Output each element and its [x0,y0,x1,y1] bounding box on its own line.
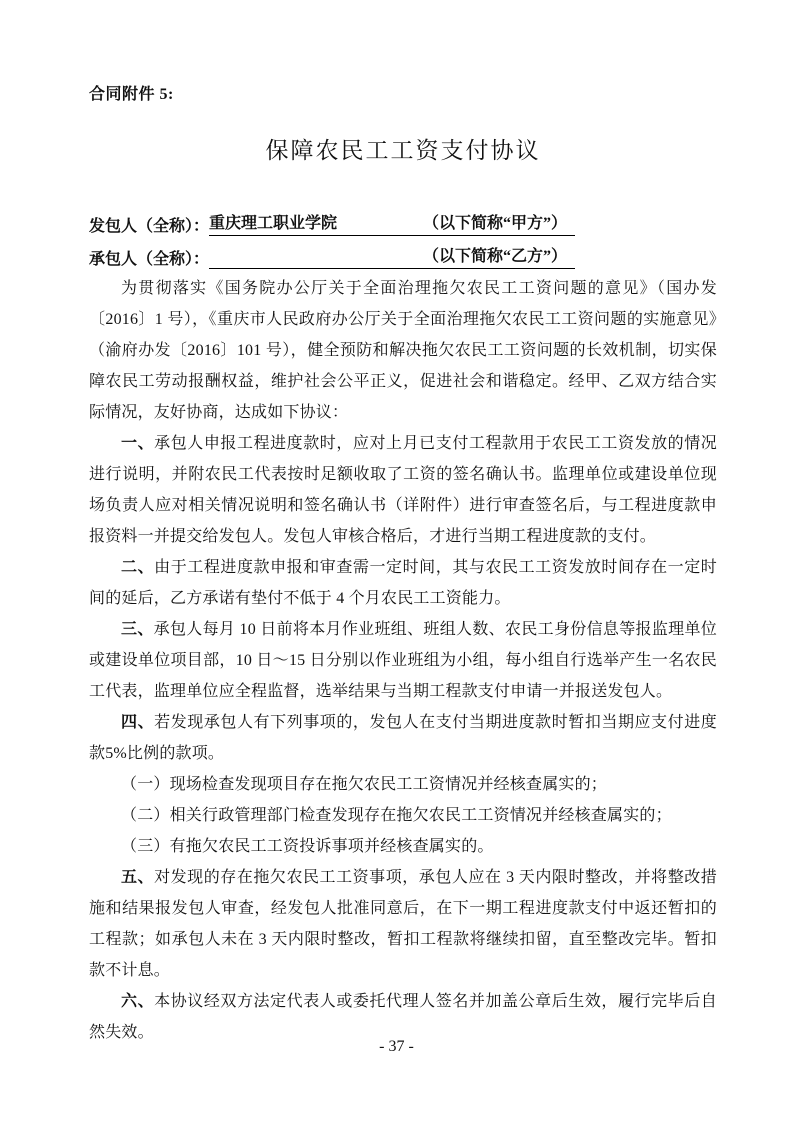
page-number: - 37 - [0,1036,793,1058]
party-row-contractor: 承包人（全称）： （以下简称“乙方”） [89,236,717,269]
clause-4-subitem-1: （一）现场检查发现项目存在拖欠农民工工资情况并经核查属实的； [89,769,717,800]
clause-5-number: 五、 [121,869,154,886]
contract-page: 合同附件 5: 保障农民工工资支付协议 发包人（全称）： 重庆理工职业学院 （以… [0,0,793,1122]
clause-4-subitem-2: （二）相关行政管理部门检查发现存在拖欠农民工工资情况并经核查属实的； [89,800,717,831]
clause-6-number: 六、 [121,993,154,1010]
clause-4-subitem-3: （三）有拖欠农民工工资投诉事项并经核查属实的。 [89,831,717,862]
clause-4-number: 四、 [121,714,154,731]
contractor-fill-line: （以下简称“乙方”） [209,246,575,269]
clause-5-text: 对发现的存在拖欠农民工工资事项，承包人应在 3 天内限时整改，并将整改措施和结果… [89,869,717,979]
clause-1-number: 一、 [121,435,154,452]
employer-label: 发包人（全称）： [89,213,209,236]
clause-3-number: 三、 [121,621,154,638]
clause-3: 三、承包人每月 10 日前将本月作业班组、班组人数、农民工身份信息等报监理单位或… [89,614,717,707]
document-title: 保障农民工工资支付协议 [89,135,717,167]
clause-6-text: 本协议经双方法定代表人或委托代理人签名并加盖公章后生效，履行完毕后自然失效。 [89,993,717,1041]
contractor-label: 承包人（全称）： [89,246,209,269]
clause-3-text: 承包人每月 10 日前将本月作业班组、班组人数、农民工身份信息等报监理单位或建设… [89,621,717,700]
clause-1: 一、承包人申报工程进度款时，应对上月已支付工程款用于农民工工资发放的情况进行说明… [89,428,717,552]
clause-5: 五、对发现的存在拖欠农民工工资事项，承包人应在 3 天内限时整改，并将整改措施和… [89,862,717,986]
clause-1-text: 承包人申报工程进度款时，应对上月已支付工程款用于农民工工资发放的情况进行说明，并… [89,435,717,545]
preamble-paragraph: 为贯彻落实《国务院办公厅关于全面治理拖欠农民工工资问题的意见》（国办发〔2016… [89,273,717,428]
clause-2: 二、由于工程进度款申报和审查需一定时间，其与农民工工资发放时间存在一定时间的延后… [89,552,717,614]
clause-4: 四、若发现承包人有下列事项的，发包人在支付当期进度款时暂扣当期应支付进度款5%比… [89,707,717,769]
parties-section: 发包人（全称）： 重庆理工职业学院 （以下简称“甲方”） 承包人（全称）： （以… [89,203,717,269]
employer-alias: （以下简称“甲方”） [423,213,567,235]
clause-2-text: 由于工程进度款申报和审查需一定时间，其与农民工工资发放时间存在一定时间的延后，乙… [89,559,717,607]
party-row-employer: 发包人（全称）： 重庆理工职业学院 （以下简称“甲方”） [89,203,717,236]
employer-name: 重庆理工职业学院 [209,213,337,235]
attachment-label: 合同附件 5: [89,85,717,105]
clause-2-number: 二、 [121,559,154,576]
employer-fill-line: 重庆理工职业学院 （以下简称“甲方”） [209,213,575,236]
clause-4-text: 若发现承包人有下列事项的，发包人在支付当期进度款时暂扣当期应支付进度款5%比例的… [89,714,717,762]
contractor-alias: （以下简称“乙方”） [423,246,567,268]
